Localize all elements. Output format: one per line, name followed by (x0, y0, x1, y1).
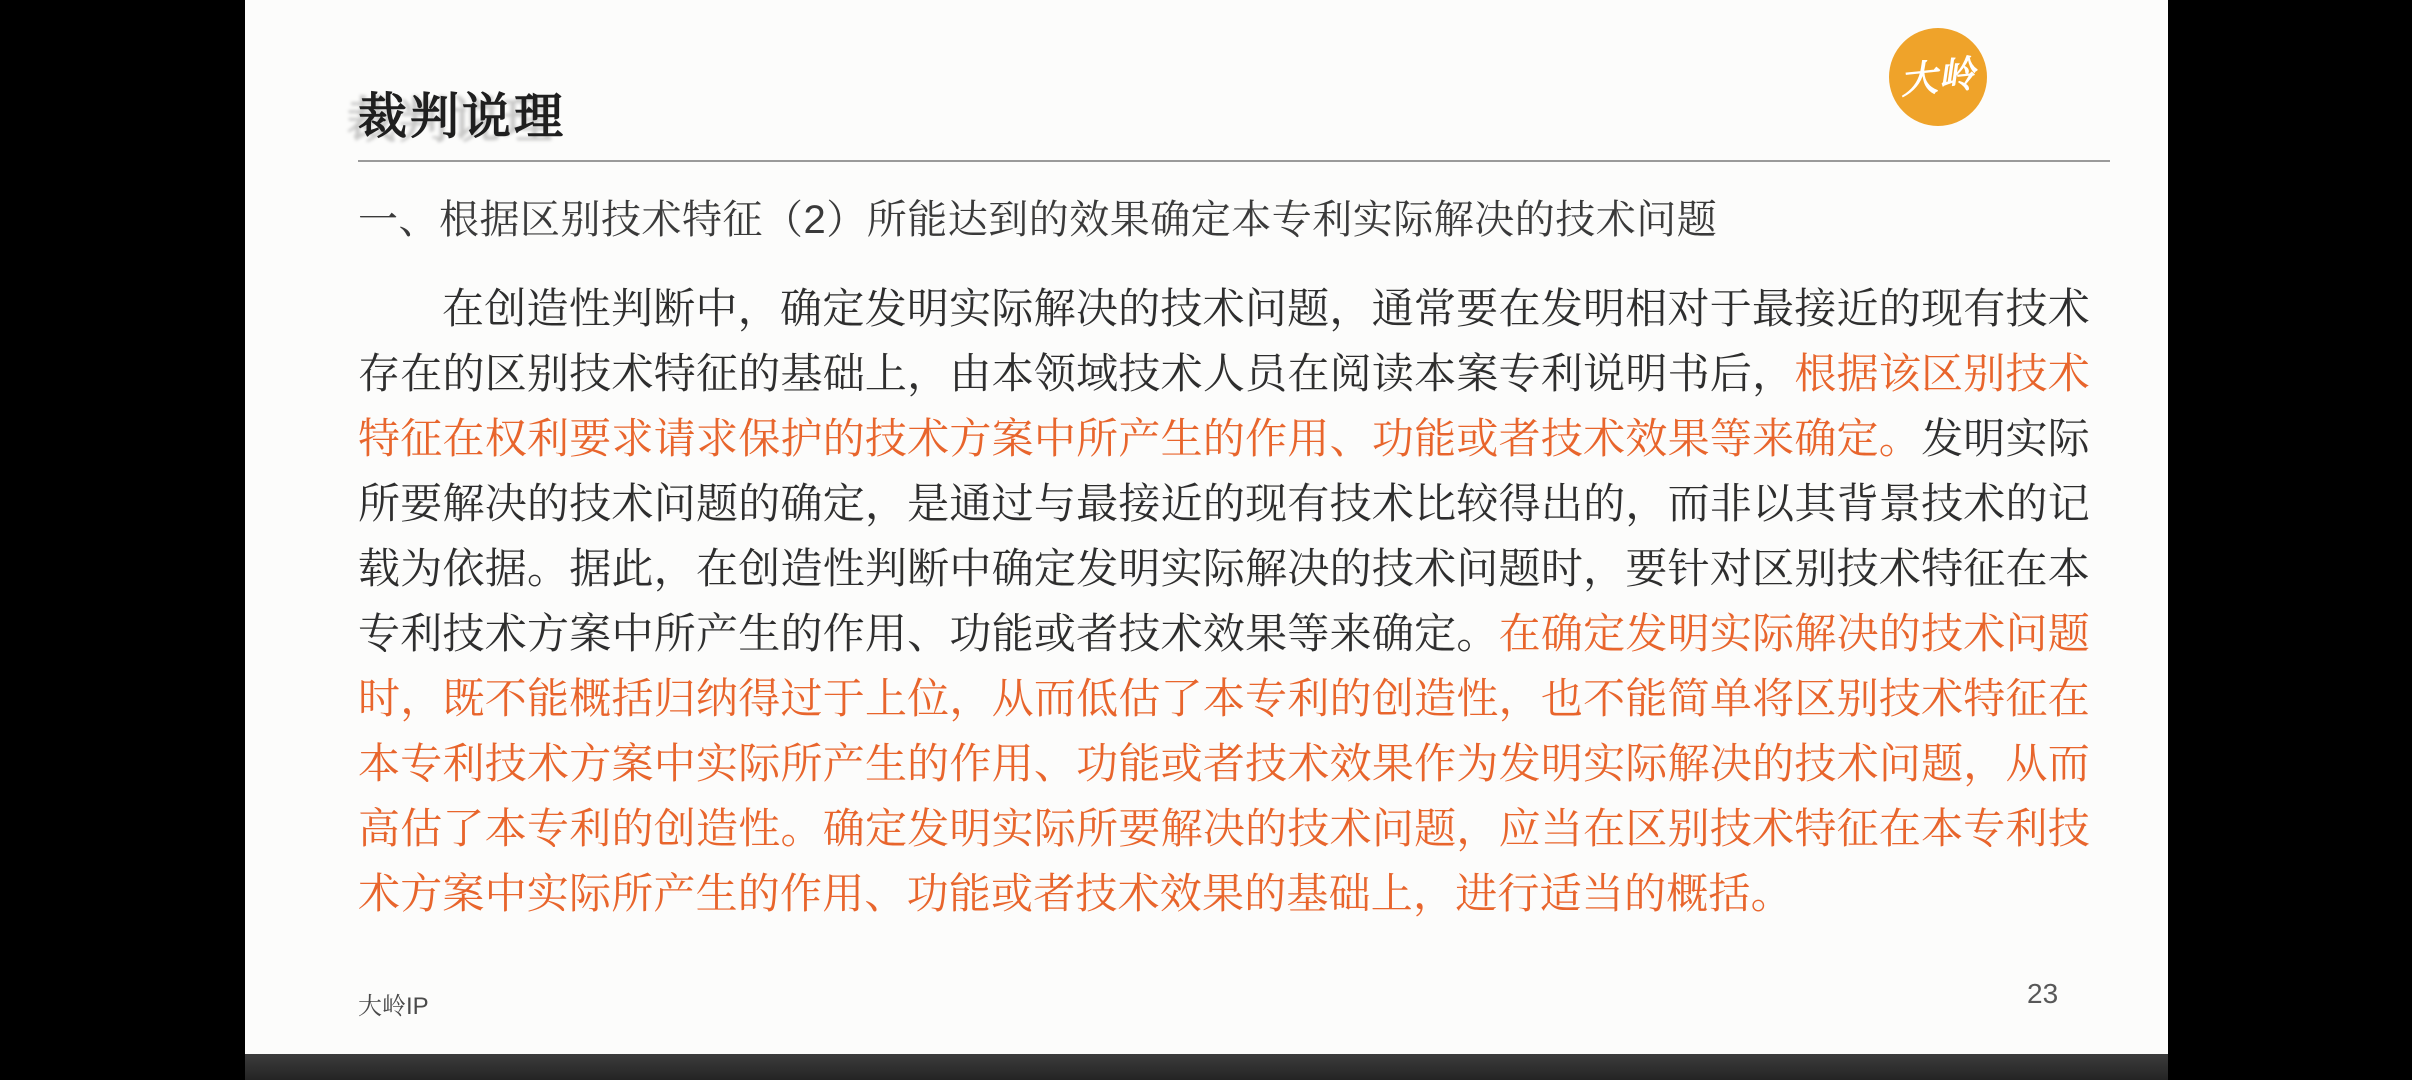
body-paragraph: 在创造性判断中，确定发明实际解决的技术问题，通常要在发明相对于最接近的现有技术存… (358, 276, 2090, 926)
brand-logo: 大岭 (1889, 28, 1987, 126)
title-underline (358, 160, 2110, 162)
slide-canvas: 裁判说理 大岭 一、根据区别技术特征（2）所能达到的效果确定本专利实际解决的技术… (245, 0, 2168, 1054)
footer-brand: 大岭IP (358, 986, 429, 1021)
player-bottom-shade (245, 1054, 2168, 1080)
letterbox-left (0, 0, 245, 1080)
brand-logo-text: 大岭 (1898, 55, 1977, 100)
letterbox-right (2168, 0, 2412, 1080)
page-number: 23 (2027, 978, 2058, 1010)
slide-title: 裁判说理 (358, 78, 566, 148)
video-frame: 裁判说理 大岭 一、根据区别技术特征（2）所能达到的效果确定本专利实际解决的技术… (0, 0, 2412, 1080)
section-heading: 一、根据区别技术特征（2）所能达到的效果确定本专利实际解决的技术问题 (358, 188, 2098, 245)
